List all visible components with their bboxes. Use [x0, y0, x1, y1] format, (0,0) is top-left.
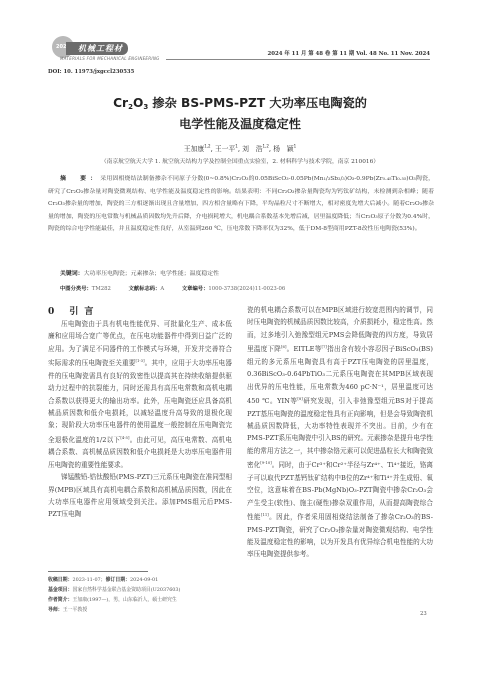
paper-title-line1: Cr2O3 掺杂 BS-PMS-PZT 大功率压电陶瓷的	[0, 94, 480, 111]
paragraph-text: 。EITLE等	[286, 345, 321, 353]
fund-text: 国家自然科学基金联合基金资助项目(U2037603)	[72, 587, 180, 593]
paragraph: 瓷的机电耦合系数可以在MPB区域进行较宽范围内的调节，同时压电陶瓷的机械品质因数…	[247, 304, 433, 561]
header-rule	[166, 59, 430, 60]
author-affiliation-mark: 1	[294, 144, 297, 149]
fund-label: 基金项目：	[48, 587, 72, 593]
footnote-fund: 基金项目：国家自然科学基金联合基金资助项目(U2037603)	[48, 586, 180, 593]
article-number-value: 1000-3738(2024)11-0023-06	[208, 286, 285, 292]
footnote-author: 作者简介：王加康(1997—)，男，山东临沂人，硕士研究生	[48, 596, 177, 603]
citation[interactable]: [11]	[261, 512, 269, 517]
abstract-text: 采用固相烧结法制备掺杂不同原子分数(0~0.8%)Cr₂O₃的0.05BiScO…	[48, 176, 434, 232]
affiliation: （南京航空航天大学 1. 航空航天结构力学及控制全国重点实验室，2. 材料科学与…	[0, 156, 480, 165]
abstract-label: 摘 要：	[60, 175, 100, 182]
footnote-rule	[48, 571, 148, 572]
section-heading-introduction: 0 引言	[48, 304, 99, 317]
paper-title-line2: 电学性能及温度稳定性	[0, 115, 480, 132]
page-number: 23	[420, 611, 427, 617]
journal-logo-english: MATERIALS FOR MECHANICAL ENGINEERING	[60, 56, 160, 61]
journal-page: 2024 机械工程材料 MATERIALS FOR MECHANICAL ENG…	[0, 0, 480, 673]
doc-code-value: A	[160, 286, 164, 292]
paragraph: 锑锰酸铅-锆钛酸铅(PMS-PZT)三元系压电陶瓷在准同型相界(MPB)区域具有…	[48, 471, 232, 521]
author-bio-text: 王加康(1997—)，男，山东临沂人，硕士研究生	[72, 597, 176, 603]
author-affiliation-mark: 1,2	[263, 144, 269, 149]
advisor-label: 导师：	[48, 607, 63, 613]
abstract: 摘 要：采用固相烧结法制备掺杂不同原子分数(0~0.8%)Cr₂O₃的0.05B…	[48, 173, 434, 236]
paragraph-text: 。因此，作者采用固相烧结法制备了掺杂Cr₂O₃的BS-PMS-PZT陶瓷，研究了…	[247, 513, 433, 558]
clc-value: TM282	[92, 286, 111, 292]
doi[interactable]: DOI: 10. 11973/jxgccl230535	[48, 69, 134, 75]
author-name: 杨 颖	[273, 145, 293, 153]
revised-label: 修订日期：	[106, 577, 130, 583]
author-list: 王加康1,2, 王一平1, 刘 浩1,2, 杨 颖1	[0, 143, 480, 153]
paragraph-text: 研究发现，引入非弛豫型组元BS对于提高PZT基压电陶瓷的温度稳定性具有正向影响，…	[247, 397, 433, 469]
title-text: O	[133, 96, 143, 110]
footnote-advisor: 导师：王一平教授	[48, 606, 87, 613]
paragraph-text: 。其中，应用于大功率压电器件的压电陶瓷需具有良好的致密性以提高其在持续收缩提供驱…	[48, 359, 232, 444]
author-bio-label: 作者简介：	[48, 597, 72, 603]
received-date: 2023-11-07	[72, 577, 100, 583]
issue-info: 2024 年 11 月 第 48 卷 第 11 期 Vol. 48 No. 11…	[267, 49, 430, 57]
author-name: 王加康	[184, 145, 204, 153]
article-number-label: 文章编号：	[182, 286, 209, 292]
advisor-text: 王一平教授	[63, 607, 87, 613]
title-text: Cr	[113, 96, 128, 110]
body-column-left: 压电陶瓷由于具有机电性能优异、可批量化生产、成本低廉和应用场合宽广等优点，在压电…	[48, 318, 232, 521]
author-name: 王一平	[215, 145, 235, 153]
journal-logo-name: 机械工程材料	[66, 42, 128, 55]
keywords: 关键词：大功率压电陶瓷；元素掺杂；电学性能；温度稳定性	[60, 268, 219, 277]
footnote-dates: 收稿日期：2023-11-07；修订日期：2024-09-01	[48, 576, 158, 583]
doc-code-label: 文献标志码：	[129, 286, 161, 292]
section-number: 0	[48, 307, 60, 317]
body-column-right: 瓷的机电耦合系数可以在MPB区域进行较宽范围内的调节，同时压电陶瓷的机械品质因数…	[247, 304, 433, 561]
clc-label: 中图分类号：	[60, 286, 92, 292]
classification-line: 中图分类号：TM282 文献标志码：A 文章编号：1000-3738(2024)…	[60, 284, 285, 292]
citation[interactable]: [9-10]	[260, 460, 272, 465]
author-affiliation-mark: 1,2	[204, 144, 210, 149]
journal-header: 2024 机械工程材料 MATERIALS FOR MECHANICAL ENG…	[48, 36, 430, 64]
author-name: 刘 浩	[242, 145, 262, 153]
author-affiliation-mark: 1	[235, 144, 238, 149]
section-title: 引言	[69, 307, 99, 317]
title-text: 掺杂 BS-PMS-PZT 大功率压电陶瓷的	[148, 96, 367, 110]
keywords-label: 关键词：	[60, 271, 84, 277]
received-label: 收稿日期：	[48, 577, 72, 583]
revised-date: 2024-09-01	[130, 577, 158, 583]
citation[interactable]: [1-3]	[135, 358, 144, 363]
keywords-text: 大功率压电陶瓷；元素掺杂；电学性能；温度稳定性	[84, 271, 219, 277]
